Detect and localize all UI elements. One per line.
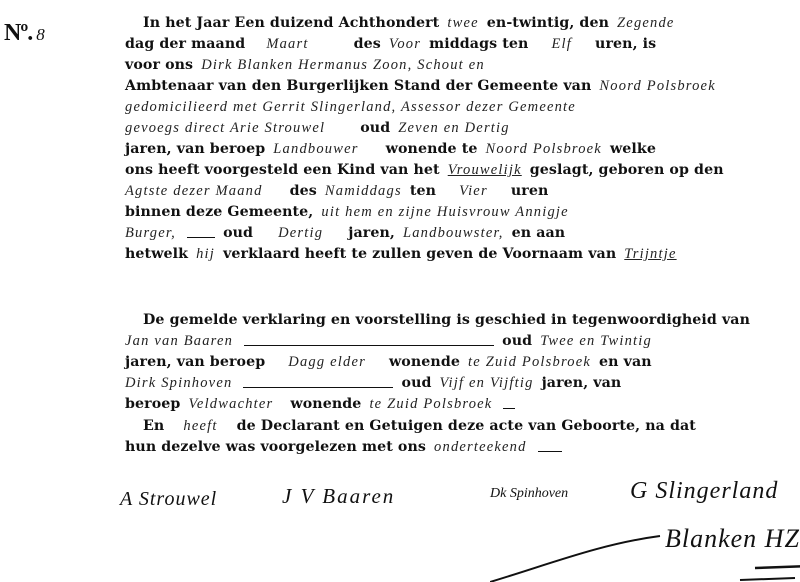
printed-text: beroep [125, 396, 180, 412]
printed-text: wonende [290, 396, 361, 412]
handwritten-witness1-occupation: Dagg elder [288, 354, 366, 370]
signature-assessor: G Slingerland [630, 478, 778, 505]
text-line-14: Jan van Baaren oud Twee en Twintig [125, 331, 765, 351]
printed-text: jaren, [348, 225, 395, 241]
handwritten-month: Maart [266, 36, 308, 52]
blank-line [187, 229, 215, 238]
text-line-19: hun dezelve was voorgelezen met ons onde… [125, 437, 765, 457]
handwritten-mother-age: Dertig [278, 225, 323, 241]
birth-certificate-page: Nº.8 In het Jaar Een duizend Achthondert… [0, 0, 800, 582]
printed-text: geslagt, geboren op den [530, 162, 724, 178]
handwritten-mother-occupation: Landbouwster, [403, 225, 504, 241]
text-line-2: dag der maand Maart des Voor middags ten… [125, 34, 765, 54]
handwritten-declarant-occupation: Landbouwer [273, 141, 358, 157]
text-line-17: beroep Veldwachter wonende te Zuid Polsb… [125, 394, 765, 414]
handwritten-year: twee [447, 15, 478, 31]
printed-text: jaren, van [542, 375, 622, 391]
handwritten-witness1-name: Jan van Baaren [125, 333, 233, 349]
handwritten-time-of-day: Voor [389, 36, 421, 52]
blank-line [244, 337, 494, 346]
printed-text: des [354, 36, 381, 52]
handwritten-witness2-occupation: Veldwachter [188, 396, 273, 412]
handwritten-mother-surname: Burger, [125, 225, 176, 241]
act-number-value: 8 [36, 25, 44, 44]
text-line-6: gevoegs direct Arie Strouwel oud Zeven e… [125, 118, 765, 138]
handwritten-official-name: Dirk Blanken Hermanus Zoon, Schout en [201, 57, 485, 73]
text-line-7: jaren, van beroep Landbouwer wonende te … [125, 139, 765, 159]
text-line-3: voor ons Dirk Blanken Hermanus Zoon, Sch… [125, 55, 765, 75]
printed-text: jaren, van beroep [125, 354, 265, 370]
handwritten-child-first-name: Trijntje [624, 246, 676, 262]
printed-text: verklaard heeft te zullen geven de Voorn… [223, 246, 616, 262]
printed-text: des [290, 183, 317, 199]
printed-text: oud [502, 333, 532, 349]
text-line-16: Dirk Spinhoven oud Vijf en Vijftig jaren… [125, 373, 765, 393]
handwritten-witness2-name: Dirk Spinhoven [125, 375, 232, 391]
printed-text: ons heeft voorgesteld een Kind van het [125, 162, 440, 178]
handwritten-signed: onderteekend [434, 439, 527, 455]
printed-text: en van [599, 354, 652, 370]
blank-line [243, 379, 393, 388]
handwritten-child-sex: Vrouwelijk [448, 162, 522, 178]
printed-text: ten [410, 183, 436, 199]
text-line-11: Burger, oud Dertig jaren, Landbouwster, … [125, 223, 765, 243]
blank-line [538, 443, 562, 452]
handwritten-birth-time-of-day: Namiddags [325, 183, 402, 199]
handwritten-hour: Elf [551, 36, 572, 52]
printed-text: hetwelk [125, 246, 188, 262]
printed-text: voor ons [125, 57, 193, 73]
handwritten-witness1-age: Twee en Twintig [540, 333, 652, 349]
handwritten-witness2-age: Vijf en Vijftig [440, 375, 534, 391]
signature-witness-1: J V Baaren [282, 484, 395, 509]
blank-line [503, 400, 515, 409]
printed-text: jaren, van beroep [125, 141, 265, 157]
printed-text: uren, is [595, 36, 656, 52]
handwritten-declarant-age: Zeven en Dertig [398, 120, 509, 136]
handwritten-pronoun: hij [196, 246, 215, 262]
printed-text: middags ten [429, 36, 528, 52]
handwritten-declarant-residence: Noord Polsbroek [486, 141, 602, 157]
printed-text: uren [511, 183, 549, 199]
printed-text: In het Jaar Een duizend Achthondert [143, 15, 439, 31]
text-line-15: jaren, van beroep Dagg elder wonende te … [125, 352, 765, 372]
printed-text: dag der maand [125, 36, 245, 52]
signature-witness-2: Dk Spinhoven [490, 486, 568, 502]
handwritten-witness2-residence: te Zuid Polsbroek [369, 396, 492, 412]
printed-text: oud [402, 375, 432, 391]
text-line-12: hetwelk hij verklaard heeft te zullen ge… [125, 244, 765, 264]
printed-text: hun dezelve was voorgelezen met ons [125, 439, 426, 455]
text-line-5: gedomicilieerd met Gerrit Slingerland, A… [125, 97, 765, 117]
signature-declarant: A Strouwel [120, 488, 217, 511]
text-line-10: binnen deze Gemeente, uit hem en zijne H… [125, 202, 765, 222]
text-line-1: In het Jaar Een duizend Achthondert twee… [143, 13, 783, 33]
printed-text: en aan [512, 225, 566, 241]
printed-text: wonende te [386, 141, 478, 157]
text-line-4: Ambtenaar van den Burgerlijken Stand der… [125, 76, 765, 96]
printed-text: wonende [389, 354, 460, 370]
handwritten-day: Zegende [617, 15, 675, 31]
printed-text: oud [360, 120, 390, 136]
printed-text: welke [610, 141, 656, 157]
handwritten-assessor: gedomicilieerd met Gerrit Slingerland, A… [125, 99, 576, 115]
handwritten-witness1-residence: te Zuid Polsbroek [468, 354, 591, 370]
handwritten-verb: heeft [183, 418, 217, 434]
printed-text: De gemelde verklaring en voorstelling is… [143, 312, 750, 328]
handwritten-mother-name: uit hem en zijne Huisvrouw Annigje [321, 204, 568, 220]
printed-text: En [143, 418, 164, 434]
act-number: Nº.8 [4, 20, 44, 47]
printed-text: de Declarant en Getuigen deze acte van G… [237, 418, 696, 434]
printed-text: binnen deze Gemeente, [125, 204, 313, 220]
handwritten-declarant-name: gevoegs direct Arie Strouwel [125, 120, 325, 136]
handwritten-municipality: Noord Polsbroek [599, 78, 715, 94]
text-line-18: En heeft de Declarant en Getuigen deze a… [143, 416, 783, 436]
text-line-13: De gemelde verklaring en voorstelling is… [143, 310, 783, 330]
printed-text: oud [223, 225, 253, 241]
printed-text: en-twintig, den [487, 15, 609, 31]
handwritten-birth-date: Agtste dezer Maand [125, 183, 263, 199]
printed-text: Ambtenaar van den Burgerlijken Stand der… [125, 78, 591, 94]
text-line-8: ons heeft voorgesteld een Kind van het V… [125, 160, 765, 180]
signature-flourish [490, 524, 800, 582]
act-number-prefix: Nº. [4, 20, 32, 46]
text-line-9: Agtste dezer Maand des Namiddags ten Vie… [125, 181, 765, 201]
signatures-area: A Strouwel J V Baaren Dk Spinhoven G Sli… [120, 484, 800, 582]
handwritten-birth-hour: Vier [459, 183, 488, 199]
